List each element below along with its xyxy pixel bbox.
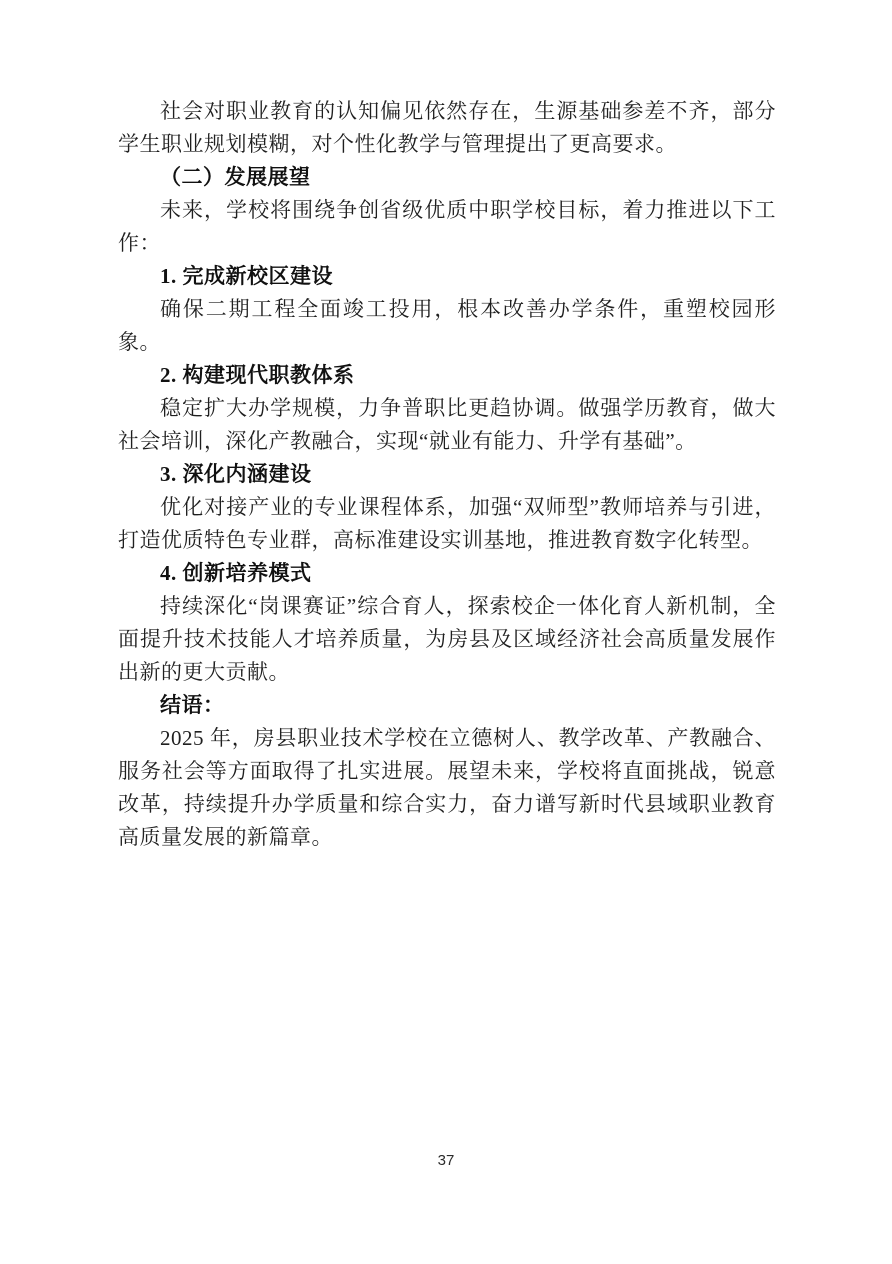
subheading-campus-build: 1. 完成新校区建设	[118, 260, 776, 293]
paragraph-connotation: 优化对接产业的专业课程体系，加强“双师型”教师培养与引进，打造优质特色专业群，高…	[118, 491, 776, 557]
paragraph-vocational-system: 稳定扩大办学规模，力争普职比更趋协调。做强学历教育，做大社会培训，深化产教融合，…	[118, 392, 776, 458]
paragraph-challenges: 社会对职业教育的认知偏见依然存在，生源基础参差不齐，部分学生职业规划模糊，对个性…	[118, 95, 776, 161]
subheading-vocational-system: 2. 构建现代职教体系	[118, 359, 776, 392]
section-heading-outlook: （二）发展展望	[118, 161, 776, 194]
subheading-conclusion: 结语：	[118, 689, 776, 722]
page-number: 37	[438, 1152, 455, 1169]
document-body: 社会对职业教育的认知偏见依然存在，生源基础参差不齐，部分学生职业规划模糊，对个性…	[118, 95, 776, 854]
subheading-training-model: 4. 创新培养模式	[118, 557, 776, 590]
page-footer: 37	[0, 1152, 892, 1169]
paragraph-outlook-intro: 未来，学校将围绕争创省级优质中职学校目标，着力推进以下工作：	[118, 194, 776, 260]
paragraph-conclusion: 2025 年，房县职业技术学校在立德树人、教学改革、产教融合、服务社会等方面取得…	[118, 722, 776, 854]
document-page: 社会对职业教育的认知偏见依然存在，生源基础参差不齐，部分学生职业规划模糊，对个性…	[0, 0, 892, 1264]
subheading-connotation: 3. 深化内涵建设	[118, 458, 776, 491]
paragraph-campus-build: 确保二期工程全面竣工投用，根本改善办学条件，重塑校园形象。	[118, 293, 776, 359]
paragraph-training-model: 持续深化“岗课赛证”综合育人，探索校企一体化育人新机制，全面提升技术技能人才培养…	[118, 590, 776, 689]
